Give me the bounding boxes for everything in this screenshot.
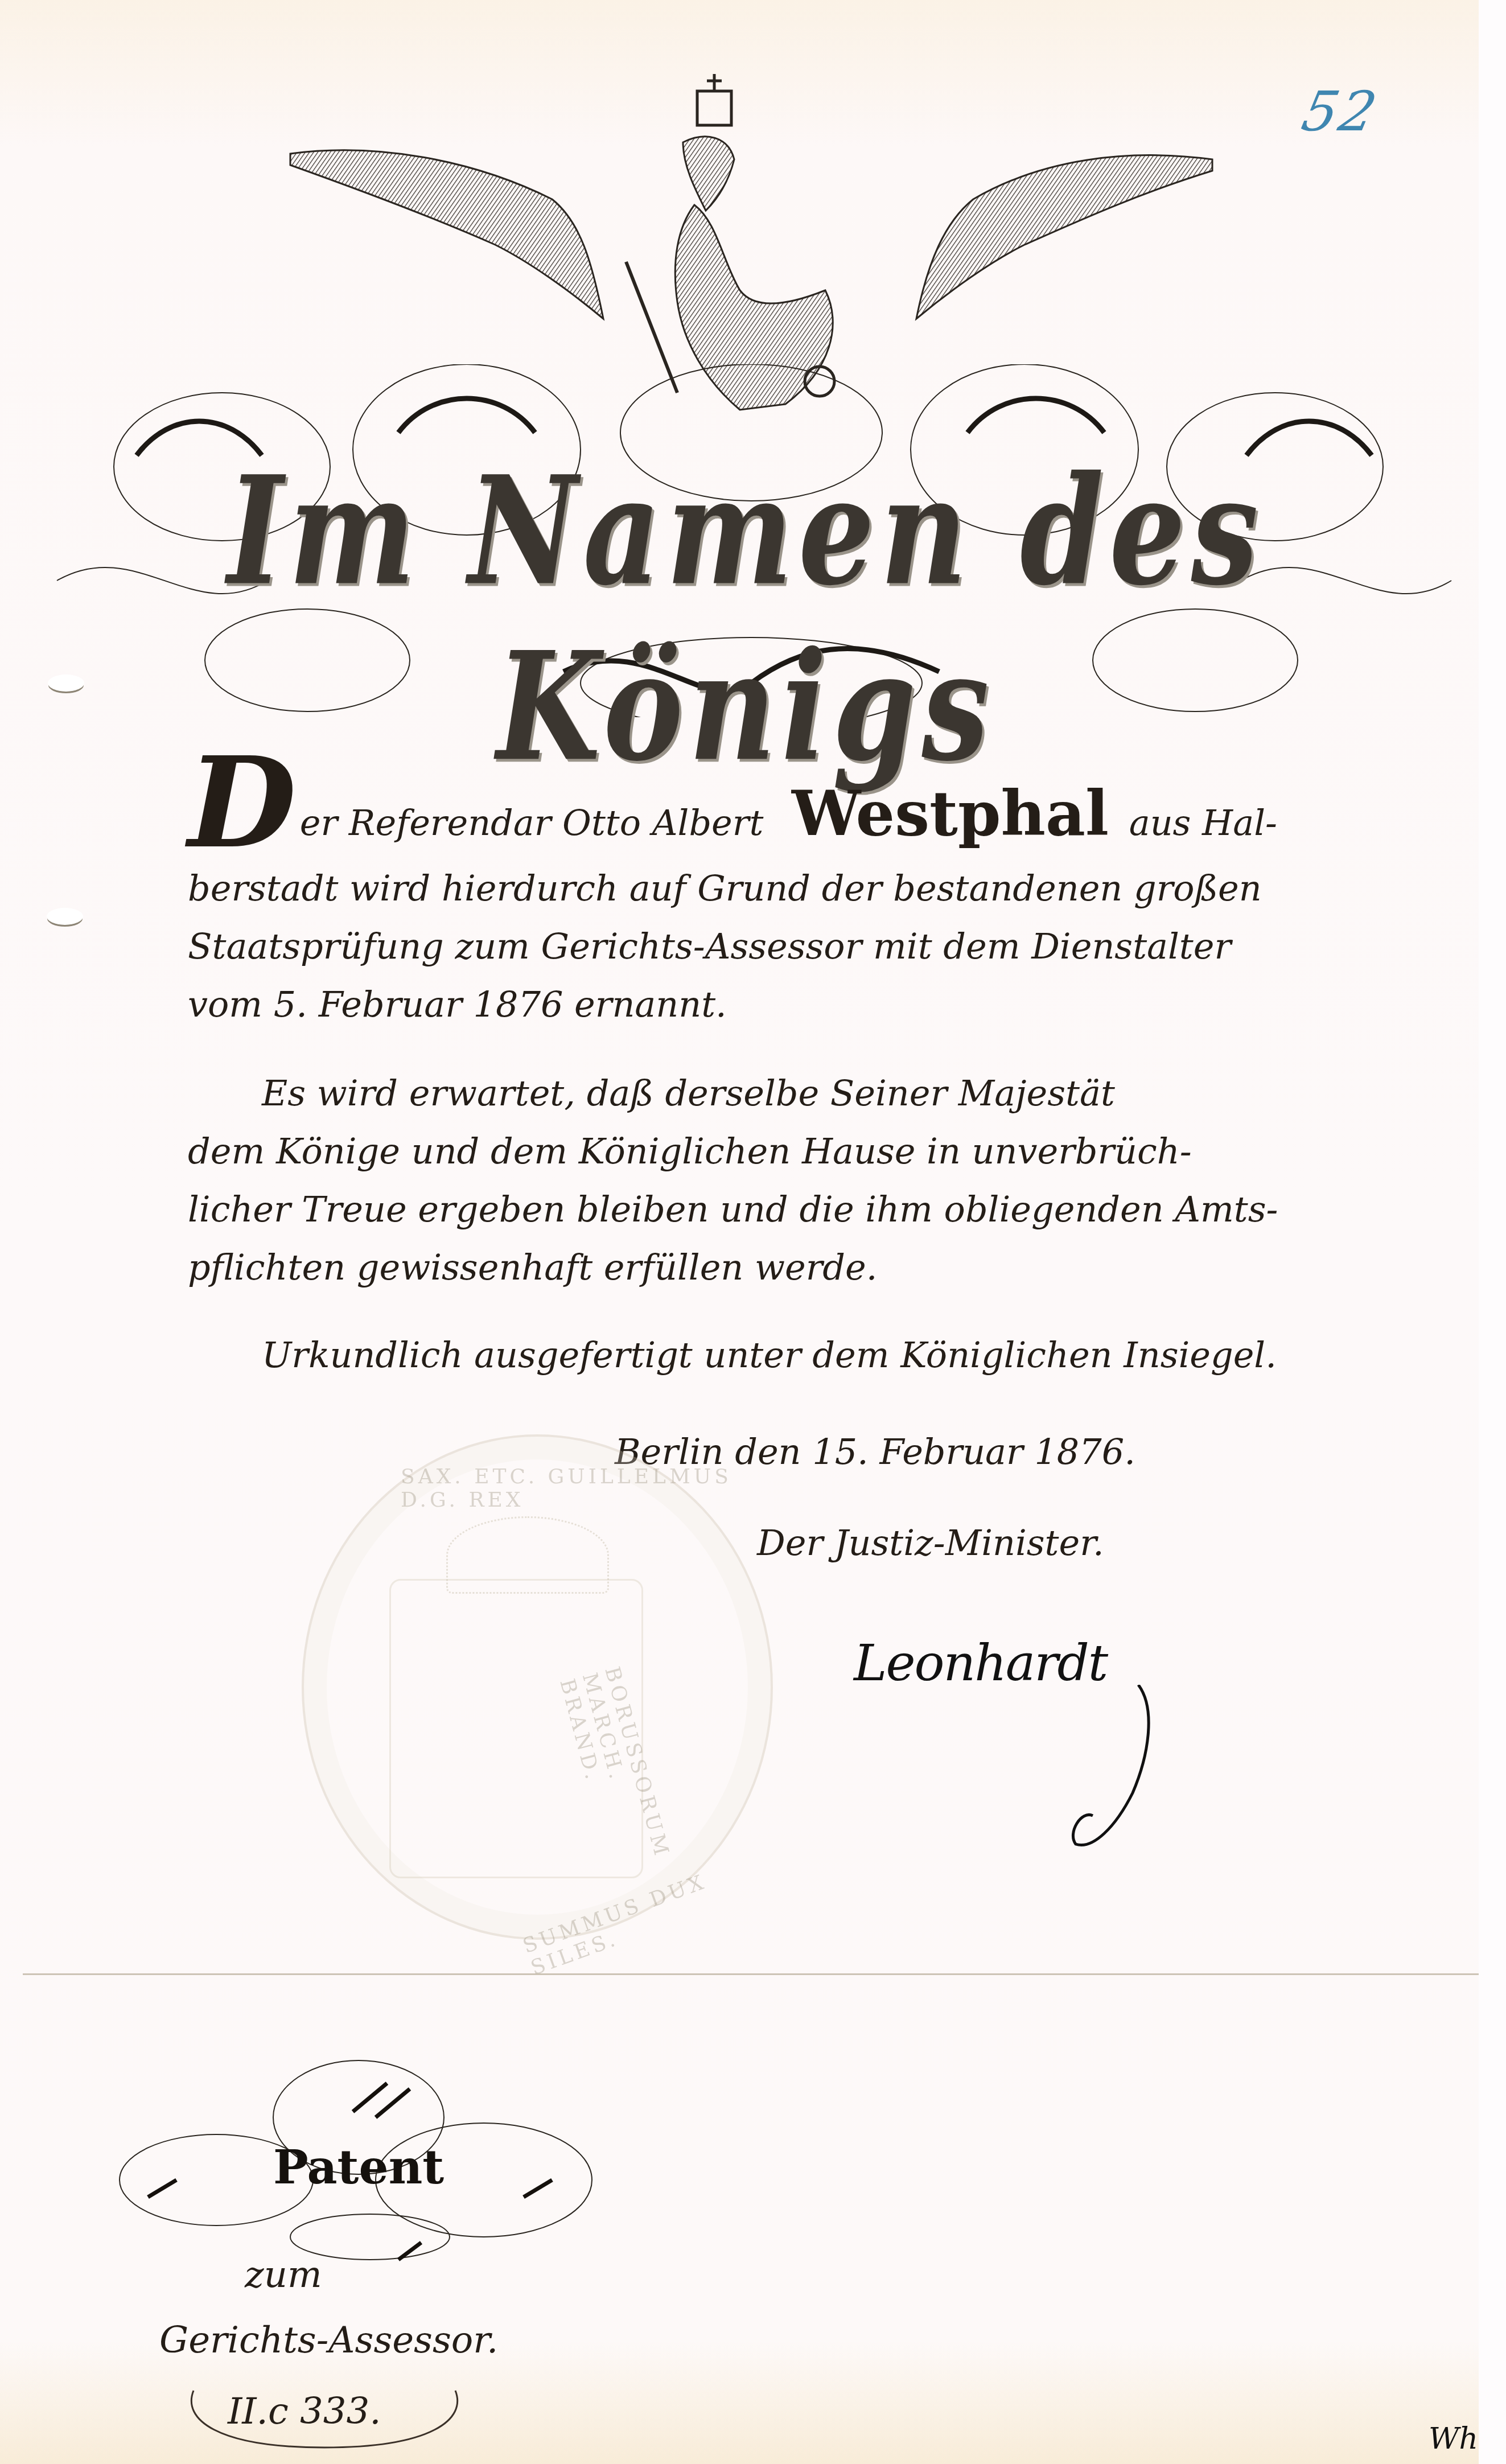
paragraph-appointment: Der Referendar Otto Albert Westphal aus … (188, 740, 1277, 808)
text-line: aus Hal- (1129, 802, 1277, 844)
paragraph-oath: Es wird erwartet, daß derselbe Seiner Ma… (188, 1064, 1278, 1297)
text-line: berstadt wird hierdurch auf Grund der be… (188, 859, 1262, 918)
text-line: Es wird erwartet, daß derselbe Seiner Ma… (188, 1064, 1278, 1122)
text-line: er Referendar Otto Albert (300, 802, 764, 844)
embossed-seal: SAX. ETC. GUILLELMUS D.G. REX BORUSSORUM… (302, 1434, 773, 1940)
signatory-title: Der Justiz-Minister. (757, 1514, 1104, 1572)
signature-flourish (1070, 1685, 1172, 1856)
seal-legend-top: SAX. ETC. GUILLELMUS D.G. REX (401, 1465, 771, 1512)
docket-line-zum: zum (245, 2254, 322, 2296)
corner-initials: Wh (1429, 2422, 1478, 2456)
minister-signature: Leonhardt (854, 1634, 1107, 1692)
docket-line-office: Gerichts-Assessor. (159, 2319, 498, 2362)
text-line: Staatsprüfung zum Gerichts-Assessor mit … (188, 918, 1262, 976)
reference-bracket (182, 2385, 467, 2453)
text-line: licher Treue ergeben bleiben und die ihm… (188, 1180, 1278, 1239)
paragraph-appointment-cont: berstadt wird hierdurch auf Grund der be… (188, 859, 1262, 1034)
text-line: pflichten gewissenhaft erfüllen werde. (188, 1239, 1278, 1297)
folio-number: 52 (1297, 80, 1384, 143)
text-line: Urkundlich ausgefertigt unter dem Königl… (262, 1326, 1277, 1384)
fold-line (23, 1973, 1479, 1975)
punch-hole-bottom (47, 908, 83, 925)
scan-margin (1479, 0, 1506, 2464)
paragraph-certification: Urkundlich ausgefertigt unter dem Königl… (262, 1326, 1277, 1384)
docket-title: Patent (273, 2140, 444, 2195)
text-line: vom 5. Februar 1876 ernannt. (188, 976, 1262, 1034)
text-line: dem Könige und dem Königlichen Hause in … (188, 1122, 1278, 1180)
drop-initial: D (188, 729, 297, 876)
appointee-surname: Westphal (792, 778, 1109, 850)
